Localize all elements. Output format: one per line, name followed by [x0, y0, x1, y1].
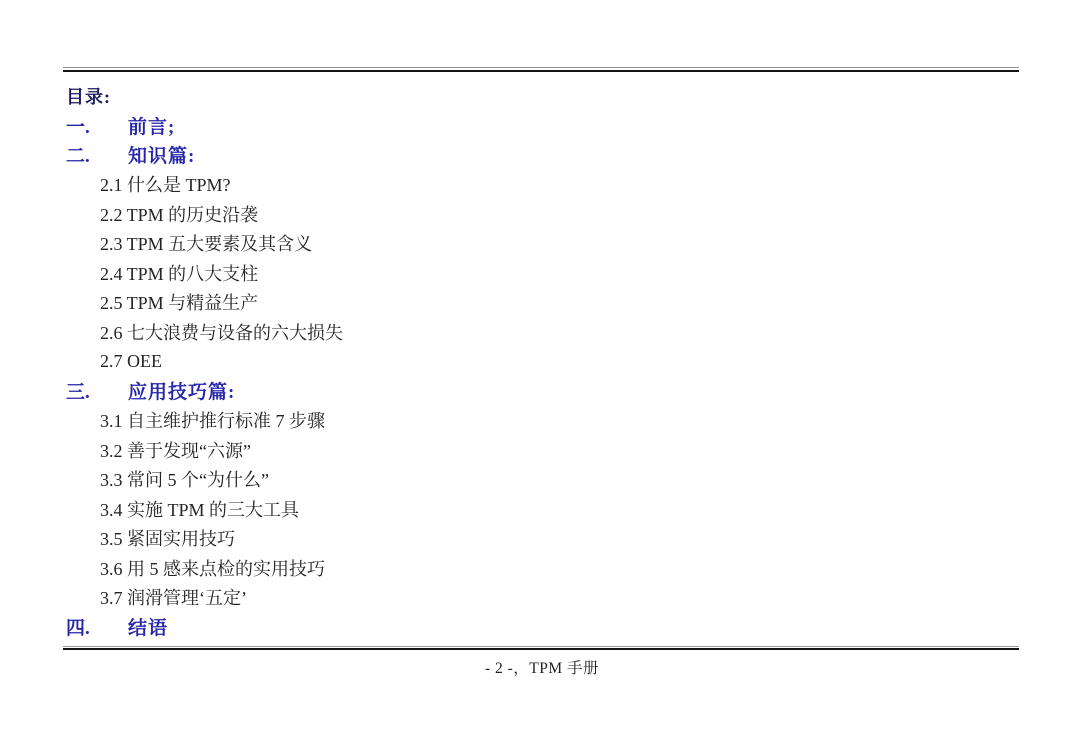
toc-section: 四.结语 — [66, 612, 1018, 642]
toc-section: 三.应用技巧篇: — [66, 376, 1018, 406]
table-of-contents: 目录: 一.前言;二.知识篇:2.1 什么是 TPM?2.2 TPM 的历史沿袭… — [66, 81, 1018, 642]
toc-item: 3.7 润滑管理‘五定’ — [66, 583, 1018, 613]
document-page: 目录: 一.前言;二.知识篇:2.1 什么是 TPM?2.2 TPM 的历史沿袭… — [0, 0, 1080, 744]
toc-item: 3.3 常问 5 个“为什么” — [66, 465, 1018, 495]
toc-item: 3.1 自主维护推行标准 7 步骤 — [66, 406, 1018, 436]
toc-section-number: 三. — [66, 377, 128, 404]
toc-item: 2.6 七大浪费与设备的六大损失 — [66, 317, 1018, 347]
toc-item: 3.2 善于发现“六源” — [66, 435, 1018, 465]
toc-section-label: 知识篇: — [128, 141, 195, 168]
page-number: - 2 -，TPM 手册 — [66, 656, 1018, 678]
toc-item: 3.6 用 5 感来点检的实用技巧 — [66, 553, 1018, 583]
toc-section-number: 一. — [66, 112, 128, 139]
toc-section: 一.前言; — [66, 111, 1018, 141]
toc-item: 2.5 TPM 与精益生产 — [66, 288, 1018, 318]
toc-section-number: 二. — [66, 141, 128, 168]
toc-title: 目录: — [66, 81, 1018, 111]
toc-item: 2.2 TPM 的历史沿袭 — [66, 199, 1018, 229]
toc-section-number: 四. — [66, 613, 128, 640]
toc-section-label: 应用技巧篇: — [128, 377, 235, 404]
toc-item: 3.4 实施 TPM 的三大工具 — [66, 494, 1018, 524]
toc-item: 2.3 TPM 五大要素及其含义 — [66, 229, 1018, 259]
footer-rule — [63, 646, 1019, 650]
toc-item: 2.7 OEE — [66, 347, 1018, 377]
toc-section: 二.知识篇: — [66, 140, 1018, 170]
toc-item: 2.4 TPM 的八大支柱 — [66, 258, 1018, 288]
toc-item: 3.5 紧固实用技巧 — [66, 524, 1018, 554]
toc-section-label: 前言; — [128, 112, 175, 139]
toc-section-label: 结语 — [128, 613, 168, 640]
toc-item: 2.1 什么是 TPM? — [66, 170, 1018, 200]
header-rule — [63, 67, 1019, 72]
